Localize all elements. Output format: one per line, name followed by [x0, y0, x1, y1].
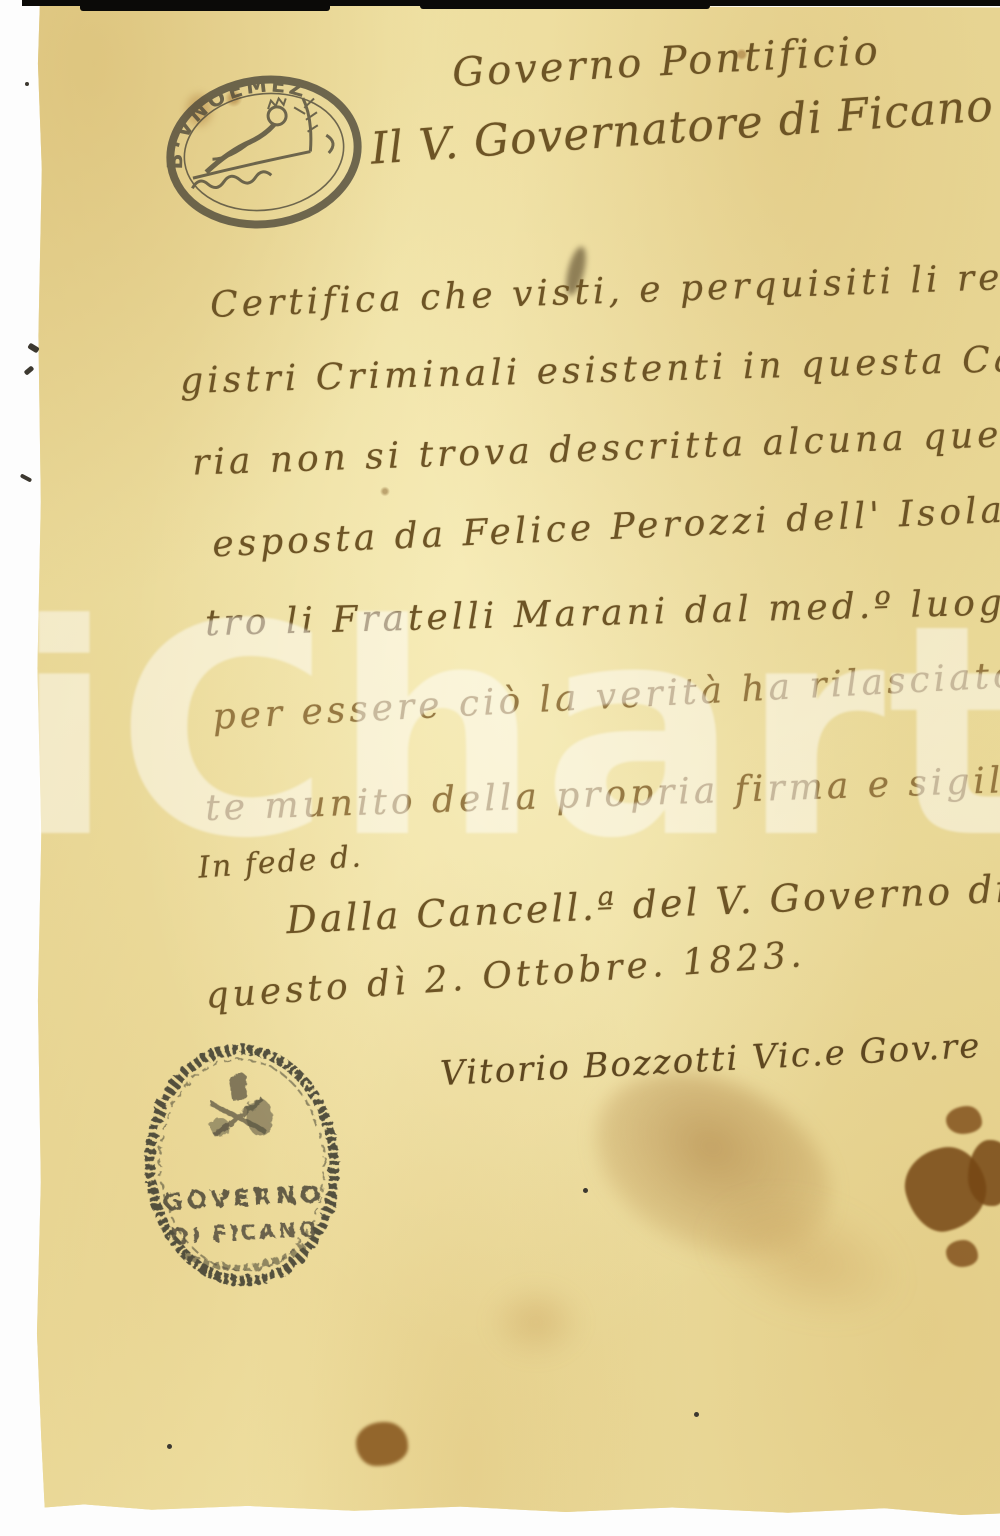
scan-edge-shadow: [420, 0, 710, 9]
figure-head: [267, 106, 287, 126]
couch-line: [192, 152, 312, 179]
coat-of-arms: [208, 1071, 273, 1138]
debris-fleck: [20, 473, 32, 482]
oval-ink-stamp-bottom: GOVERNO DI FICANO: [138, 1036, 346, 1294]
tiara: [229, 1072, 248, 1099]
speck: [167, 1444, 172, 1449]
debris-fleck: [27, 343, 40, 354]
oval-seal-stamp-top: B·VNOEMEZ: [158, 66, 370, 238]
speck: [583, 1188, 588, 1193]
brown-smudge: [486, 1282, 586, 1362]
stamp-text-governo: GOVERNO: [162, 1180, 325, 1216]
speck: [694, 1412, 699, 1417]
debris-fleck: [25, 82, 29, 86]
dark-stain: [946, 1106, 982, 1134]
debris-fleck: [24, 365, 35, 375]
dark-stain: [356, 1422, 408, 1466]
scroll-flourish: [326, 134, 334, 153]
water-waves: [191, 171, 271, 191]
shield-blob: [211, 1118, 230, 1137]
heraldic-beast: [246, 1098, 274, 1135]
dark-stain: [946, 1240, 978, 1267]
scan-edge-shadow: [80, 0, 330, 11]
seal-legend-text: B·VNOEMEZ: [158, 66, 321, 173]
plant-stem: [303, 98, 314, 152]
scanned-document: B·VNOEMEZ Governo Pontificio Il V. Gover…: [0, 0, 1000, 1536]
